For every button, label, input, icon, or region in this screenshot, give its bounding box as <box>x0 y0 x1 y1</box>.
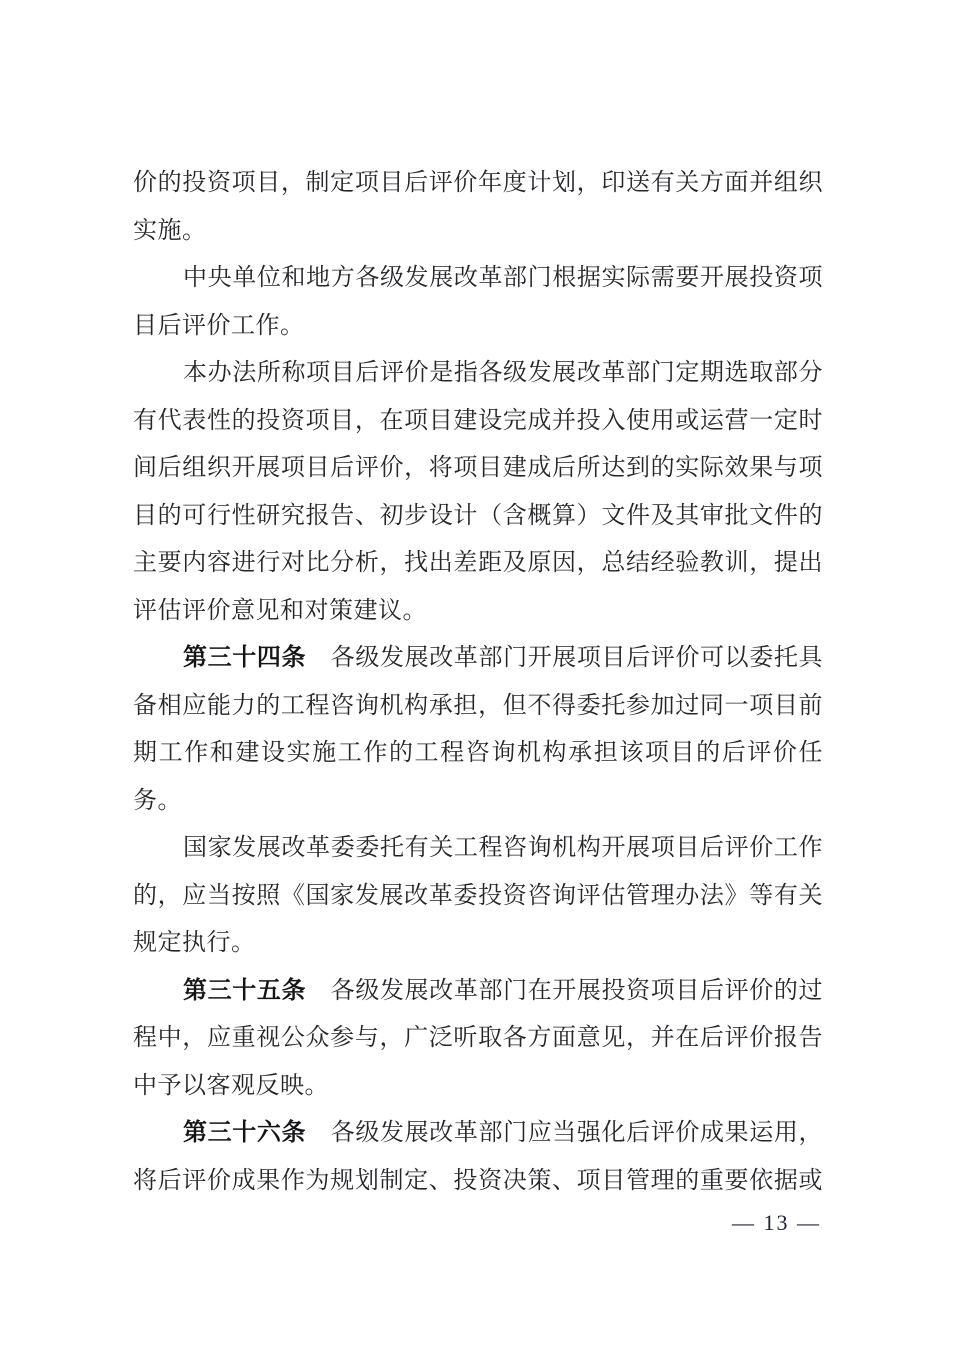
text-line: 目后评价工作。 <box>133 303 823 351</box>
text-line: 实施。 <box>133 208 823 256</box>
text-line: 国家发展改革委委托有关工程咨询机构开展项目后评价工作 <box>133 825 823 873</box>
text-line: 中予以客观反映。 <box>133 1063 823 1111</box>
text-line: 中央单位和地方各级发展改革部门根据实际需要开展投资项 <box>133 255 823 303</box>
text-line: 有代表性的投资项目，在项目建设完成并投入使用或运营一定时 <box>133 398 823 446</box>
text-line: 主要内容进行对比分析，找出差距及原因，总结经验教训，提出 <box>133 540 823 588</box>
text-line: 备相应能力的工程咨询机构承担，但不得委托参加过同一项目前 <box>133 683 823 731</box>
text-line: 价的投资项目，制定项目后评价年度计划，印送有关方面并组织 <box>133 160 823 208</box>
article-34-body: 各级发展改革部门开展项目后评价可以委托具 <box>306 645 823 671</box>
text-line: 本办法所称项目后评价是指各级发展改革部门定期选取部分 <box>133 350 823 398</box>
text-line: 将后评价成果作为规划制定、投资决策、项目管理的重要依据或 <box>133 1158 823 1206</box>
text-line: 务。 <box>133 778 823 826</box>
document-text-block: 价的投资项目，制定项目后评价年度计划，印送有关方面并组织 实施。 中央单位和地方… <box>133 160 823 1205</box>
page-number: — 13 — <box>133 1208 823 1238</box>
text-line: 目的可行性研究报告、初步设计（含概算）文件及其审批文件的 <box>133 493 823 541</box>
text-line: 间后组织开展项目后评价，将项目建成后所达到的实际效果与项 <box>133 445 823 493</box>
text-line: 程中，应重视公众参与，广泛听取各方面意见，并在后评价报告 <box>133 1015 823 1063</box>
text-line-article-34: 第三十四条 各级发展改革部门开展项目后评价可以委托具 <box>133 635 823 683</box>
text-line: 规定执行。 <box>133 920 823 968</box>
article-35-heading: 第三十五条 <box>183 978 306 1004</box>
document-page: 价的投资项目，制定项目后评价年度计划，印送有关方面并组织 实施。 中央单位和地方… <box>0 0 960 1357</box>
article-36-body: 各级发展改革部门应当强化后评价成果运用， <box>306 1120 823 1146</box>
article-34-heading: 第三十四条 <box>183 645 306 671</box>
text-line: 的，应当按照《国家发展改革委投资咨询评估管理办法》等有关 <box>133 873 823 921</box>
text-line: 期工作和建设实施工作的工程咨询机构承担该项目的后评价任 <box>133 730 823 778</box>
text-line: 评估评价意见和对策建议。 <box>133 588 823 636</box>
article-36-heading: 第三十六条 <box>183 1120 306 1146</box>
text-line-article-36: 第三十六条 各级发展改革部门应当强化后评价成果运用， <box>133 1110 823 1158</box>
article-35-body: 各级发展改革部门在开展投资项目后评价的过 <box>306 978 823 1004</box>
text-line-article-35: 第三十五条 各级发展改革部门在开展投资项目后评价的过 <box>133 968 823 1016</box>
